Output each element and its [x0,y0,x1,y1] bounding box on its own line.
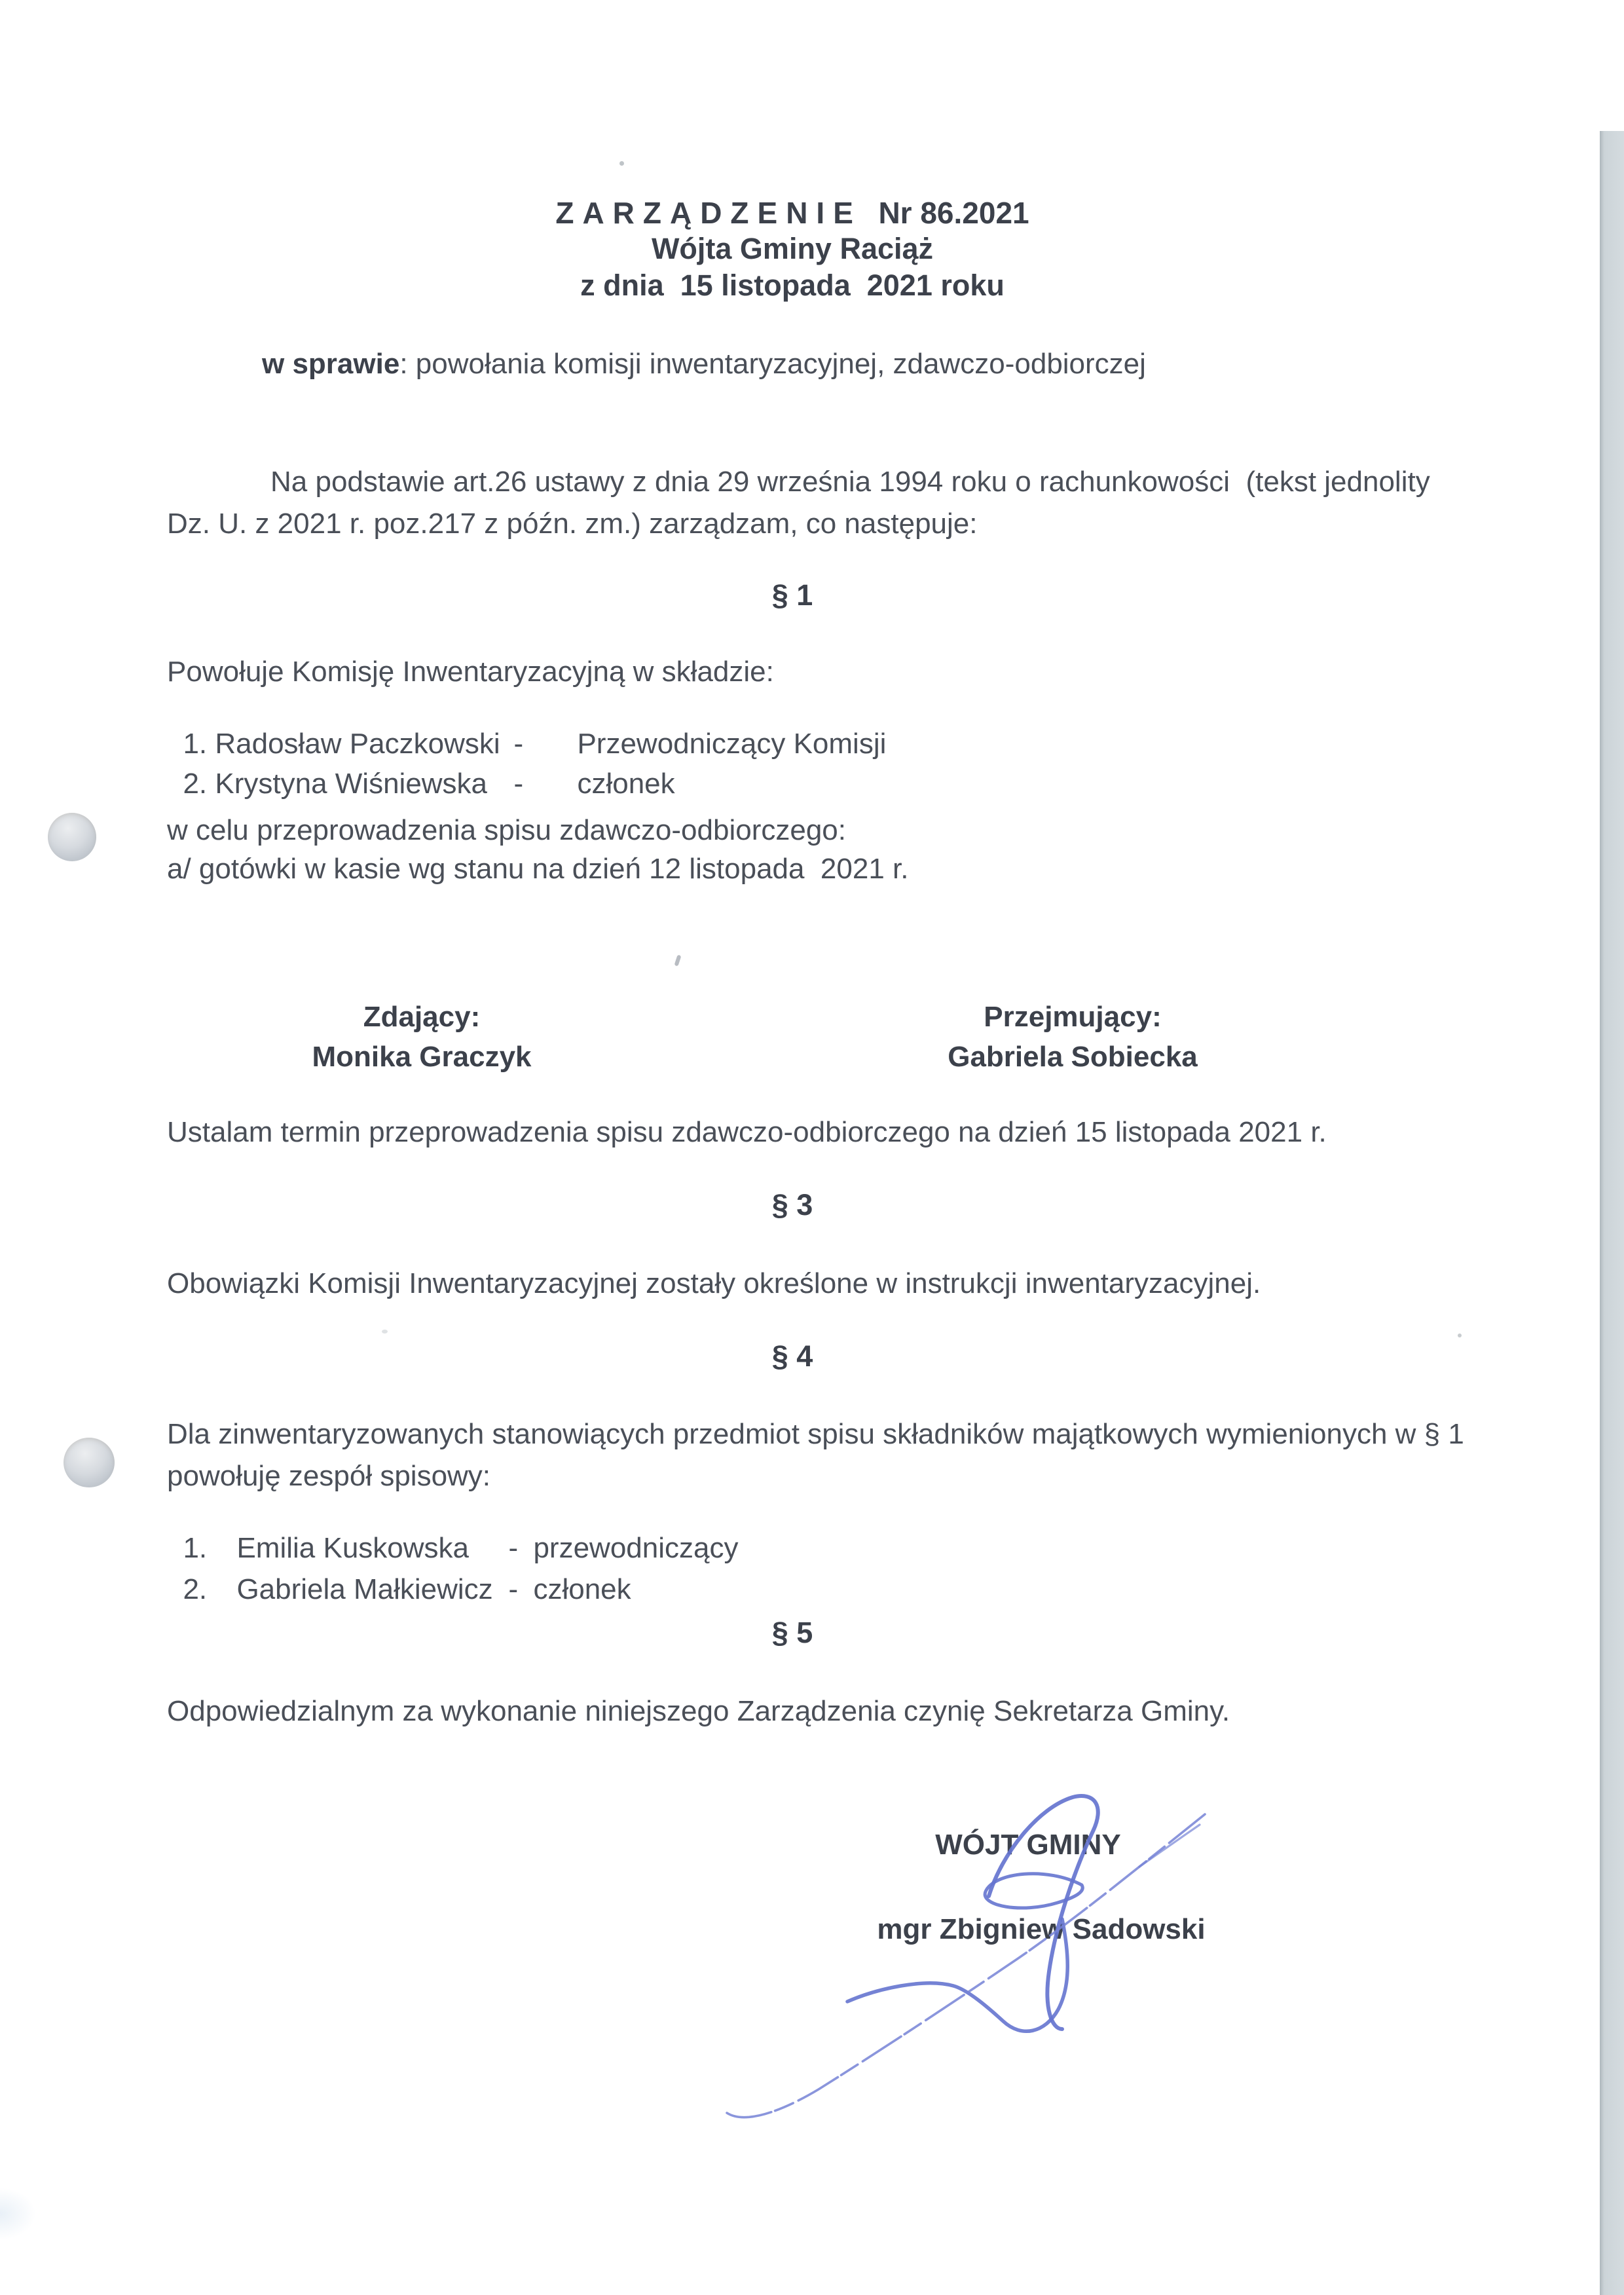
section-4-line-1: Dla zinwentaryzowanych stanowiących prze… [167,1416,1464,1452]
team-member-role: członek [533,1573,631,1605]
member-label: 2. Krystyna Wiśniewska [183,768,513,800]
section-4-heading: § 4 [563,1339,1022,1373]
scan-speck [1458,1334,1462,1337]
scanned-document-page: { "document": { "title": { "line1_spaced… [0,0,1624,2295]
title-number: Nr 86.2021 [862,196,1029,230]
team-member-row: 2.Gabriela Małkiewicz-członek [167,1540,631,1606]
document-title: ZARZĄDZENIE Nr 86.2021 Wójta Gminy Racią… [511,195,1074,304]
scan-speck [382,1330,388,1334]
subject-line: w sprawie: powołania komisji inwentaryza… [262,346,1146,382]
purpose-line-1: w celu przeprowadzenia spisu zdawczo-odb… [167,812,846,848]
section-1-heading: § 1 [563,578,1022,612]
hole-punch-mark-bottom [64,1438,115,1487]
hole-punch-mark-top [48,813,96,861]
legal-basis-line-2: Dz. U. z 2021 r. poz.217 z późn. zm.) za… [167,503,977,545]
title-line-2: Wójta Gminy Raciąż [511,231,1074,267]
section-4-line-2: powołuję zespół spisowy: [167,1458,490,1494]
title-line-3: z dnia 15 listopada 2021 roku [511,267,1074,304]
member-role: członek [577,768,674,800]
scan-page-edge-strip [1600,131,1624,2295]
section-1-intro: Powołuje Komisję Inwentaryzacyjną w skła… [167,654,774,690]
member-dash: - [513,768,577,800]
subject-label: w sprawie [262,348,399,380]
subject-text: : powołania komisji inwentaryzacyjnej, z… [399,348,1146,380]
section-3-heading: § 3 [563,1188,1022,1222]
team-member-dash: - [508,1573,533,1606]
section-3-text: Obowiązki Komisji Inwentaryzacyjnej zost… [167,1265,1261,1301]
scan-edge-tint [0,2188,36,2240]
commission-member-row: 2. Krystyna Wiśniewska-członek [167,735,675,800]
purpose-line-2: a/ gotówki w kasie wg stanu na dzień 12 … [167,851,908,887]
scan-speck [619,161,624,166]
section-5-heading: § 5 [563,1616,1022,1650]
handover-right-name: Gabriela Sobiecka [909,1039,1236,1075]
team-member-name: Gabriela Małkiewicz [236,1573,508,1606]
handover-left-title: Zdający: [258,999,585,1035]
handover-right-title: Przejmujący: [909,999,1236,1035]
title-word-zarzadzenie: ZARZĄDZENIE [555,196,862,230]
legal-basis-line-1: Na podstawie art.26 ustawy z dnia 29 wrz… [270,461,1430,503]
section-5-text: Odpowiedzialnym za wykonanie niniejszego… [167,1693,1230,1729]
section-2-text: Ustalam termin przeprowadzenia spisu zda… [167,1114,1327,1150]
title-line-1: ZARZĄDZENIE Nr 86.2021 [511,195,1074,231]
handover-left-name: Monika Graczyk [258,1039,585,1075]
handwritten-signature [681,1768,1244,2135]
scan-speck [674,954,682,966]
team-member-number: 2. [183,1573,236,1606]
